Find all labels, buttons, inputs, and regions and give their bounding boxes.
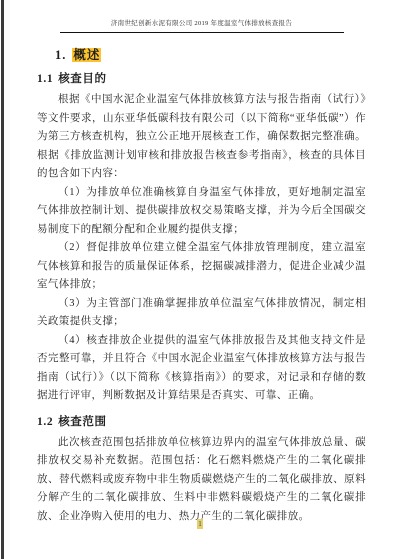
page-number: 1 — [197, 519, 204, 529]
heading-text: 核查目的 — [58, 73, 106, 85]
section-heading-purpose: 1.1核查目的 — [37, 70, 366, 86]
paragraph: 根据《中国水泥企业温室气体排放核算方法与报告指南（试行）》等文件要求，山东亚华低… — [37, 91, 366, 184]
section-heading-overview: 1.概述 — [55, 45, 366, 63]
paragraph: （4）核查排放企业提供的温室气体排放报告及其他支持文件是否完整可靠，并且符合《中… — [37, 332, 366, 406]
heading-number: 1.1 — [37, 73, 53, 85]
paragraph: （2）督促排放单位建立健全温室气体排放管理制度，建立温室气体核算和报告的质量保证… — [37, 239, 366, 295]
page-footer: 1 — [4, 513, 396, 531]
purpose-body: 根据《中国水泥企业温室气体排放核算方法与报告指南（试行）》等文件要求，山东亚华低… — [37, 91, 366, 406]
document-header: 济南世纪创新水泥有限公司 2019 年度温室气体排放核查报告 — [60, 19, 344, 33]
header-title: 济南世纪创新水泥有限公司 2019 年度温室气体排放核查报告 — [111, 20, 292, 27]
heading-text: 核查范围 — [58, 416, 106, 428]
heading-number: 1. — [55, 48, 66, 62]
heading-number: 1.2 — [37, 416, 53, 428]
heading-highlighted-text: 概述 — [72, 48, 101, 62]
document-page: 济南世纪创新水泥有限公司 2019 年度温室气体排放核查报告 1.概述 1.1核… — [0, 0, 396, 559]
paragraph: （1）为排放单位准确核算自身温室气体排放，更好地制定温室气体排放控制计划、提供碳… — [37, 184, 366, 240]
section-heading-scope: 1.2核查范围 — [37, 413, 366, 429]
paragraph: （3）为主管部门准确掌握排放单位温室气体排放情况，制定相关政策提供支撑； — [37, 295, 366, 332]
